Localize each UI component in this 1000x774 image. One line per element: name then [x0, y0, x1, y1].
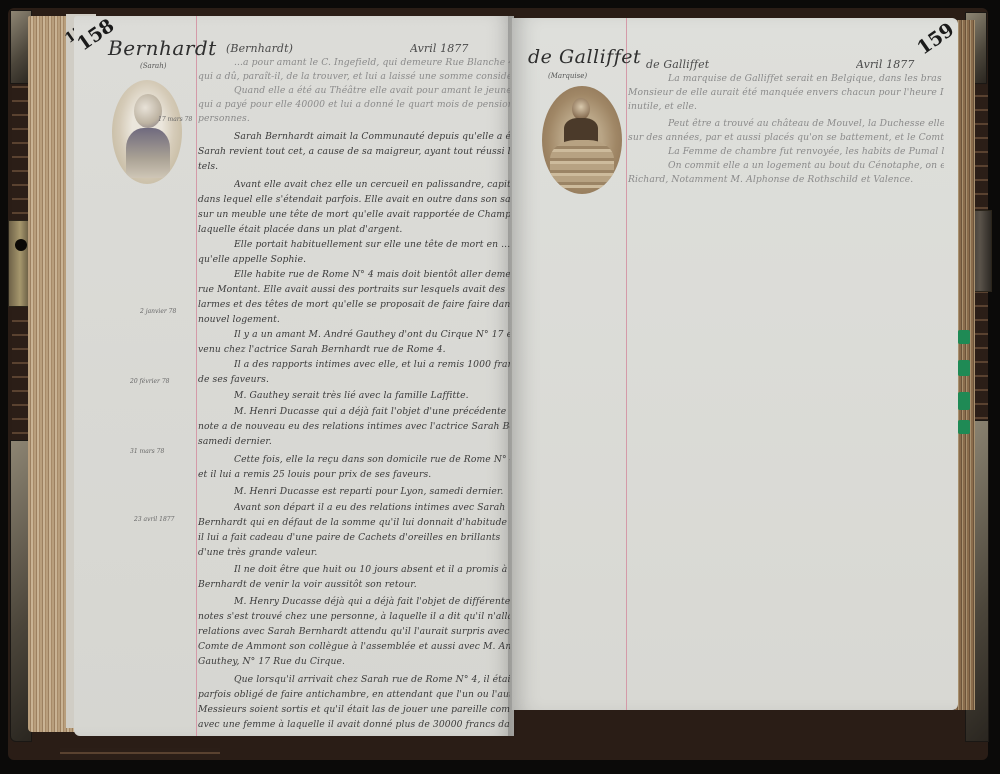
handwritten-line: note a de nouveau eu des relations intim… [198, 421, 510, 432]
handwritten-line: il lui a fait cadeau d'une paire de Cach… [198, 532, 510, 543]
handwritten-line: Peut être a trouvé au château de Mouvel,… [668, 118, 944, 129]
page-number: 159 [913, 19, 958, 60]
handwritten-line: inutile, et elle. [628, 101, 697, 112]
index-tab[interactable] [958, 420, 970, 434]
handwritten-line: avec une femme à laquelle il avait donné… [198, 719, 510, 730]
handwritten-line: On commit elle a un logement au bout du … [668, 160, 944, 171]
handwritten-line: dans lequel elle s'étendait parfois. Ell… [198, 194, 510, 205]
handwritten-line: Messieurs soient sortis et qu'il était l… [198, 704, 510, 715]
index-tab[interactable] [958, 392, 970, 410]
handwritten-line: personnes. [198, 113, 250, 124]
subject-subtitle: (Sarah) [140, 62, 166, 70]
margin-note: 31 mars 78 [130, 448, 164, 455]
index-tab[interactable] [958, 360, 970, 376]
handwritten-line: Elle portait habituellement sur elle une… [234, 239, 510, 250]
handwritten-line: notes s'est trouvé chez une personne, à … [198, 611, 510, 622]
handwritten-line: relations avec Sarah Bernhardt attendu q… [198, 626, 510, 637]
handwritten-line: M. Gauthey serait très lié avec la famil… [234, 390, 510, 401]
handwritten-line: Elle habite rue de Rome N° 4 mais doit b… [234, 269, 510, 280]
handwritten-line: parfois obligé de faire antichambre, en … [198, 689, 510, 700]
handwritten-line: venu chez l'actrice Sarah Bernhardt rue … [198, 344, 510, 355]
entry-date: Avril 1877 [410, 42, 469, 55]
handwritten-line: et il lui a remis 25 louis pour prix de … [198, 469, 510, 480]
handwritten-line: ...a pour amant le C. Ingefield, qui dem… [234, 57, 510, 68]
margin-note: 2 janvier 78 [140, 308, 176, 315]
handwritten-line: Que lorsqu'il arrivait chez Sarah rue de… [234, 674, 510, 685]
entry-name: de Galliffet [646, 58, 709, 71]
margin-note: 17 mars 78 [158, 116, 192, 123]
handwritten-line: Cette fois, elle la reçu dans son domici… [234, 454, 510, 465]
handwritten-line: M. Henri Ducasse est reparti pour Lyon, … [234, 486, 510, 497]
handwritten-line: d'une très grande valeur. [198, 547, 317, 558]
handwritten-line: La marquise de Galliffet serait en Belgi… [668, 73, 944, 84]
greek-key-ornament [60, 748, 220, 760]
margin-rule [626, 18, 627, 710]
handwritten-line: Il ne doit être que huit ou 10 jours abs… [234, 564, 510, 575]
handwritten-line: laquelle était placée dans un plat d'arg… [198, 224, 510, 235]
handwritten-line: M. Henry Ducasse déjà qui a déjà fait l'… [234, 596, 510, 607]
open-register-book: 157 158 Bernhardt (Sarah) 17 mars 78 2 j… [0, 0, 1000, 774]
handwritten-line: de ses faveurs. [198, 374, 269, 385]
handwritten-line: Avant elle avait chez elle un cercueil e… [234, 179, 510, 190]
seated-woman-photo [542, 86, 622, 194]
handwritten-line: rue Montant. Elle avait aussi des portra… [198, 284, 510, 295]
subject-subtitle: (Marquise) [548, 72, 587, 80]
handwritten-line: qu'elle appelle Sophie. [198, 254, 306, 265]
handwritten-line: larmes et des têtes de mort qu'elle se p… [198, 299, 510, 310]
handwritten-line: M. Henri Ducasse qui a déjà fait l'objet… [234, 406, 510, 417]
handwritten-line: Bernhardt qui en défaut de la somme qu'i… [198, 517, 510, 528]
handwritten-line: Avant son départ il a eu des relations i… [234, 502, 510, 513]
index-tab[interactable] [958, 330, 970, 344]
handwritten-line: Sarah Bernhardt aimait la Communauté dep… [234, 131, 510, 142]
handwritten-line: sur un meuble une tête de mort qu'elle a… [198, 209, 510, 220]
handwritten-line: Il a des rapports intimes avec elle, et … [234, 359, 510, 370]
left-page[interactable]: 158 Bernhardt (Sarah) 17 mars 78 2 janvi… [74, 16, 514, 736]
portrait-bust [126, 128, 170, 178]
handwritten-line: Gauthey, N° 17 Rue du Cirque. [198, 656, 345, 667]
right-page[interactable]: 159 de Galliffet (Marquise) de Galliffet… [512, 18, 958, 710]
entry-date: Avril 1877 [856, 58, 915, 71]
handwritten-line: Quand elle a été au Théâtre elle avait p… [234, 85, 510, 96]
handwritten-line: tels. [198, 161, 218, 172]
handwritten-line: qui a payé pour elle 40000 et lui a donn… [198, 99, 510, 110]
handwritten-line: Sarah revient tout cet, a cause de sa ma… [198, 146, 510, 157]
margin-note: 20 février 78 [130, 378, 169, 385]
entry-name: (Bernhardt) [226, 42, 293, 55]
clasp-hole [15, 239, 27, 251]
handwritten-line: La Femme de chambre fut renvoyée, les ha… [668, 146, 944, 157]
photo-head [572, 98, 590, 120]
subject-name: Bernhardt [108, 36, 217, 60]
handwritten-line: sur des années, par et aussi placés qu'o… [628, 132, 944, 143]
handwritten-line: Monsieur de elle aurait été manquée enve… [628, 87, 944, 98]
photo-skirt [550, 140, 614, 188]
handwritten-line: qui a dû, paraît-il, de la trouver, et l… [198, 71, 510, 82]
subject-name: de Galliffet [528, 46, 641, 68]
handwritten-line: Bernhardt de venir la voir aussitôt son … [198, 579, 510, 590]
portrait-photo [112, 80, 182, 184]
margin-note: 23 avril 1877 [134, 516, 174, 523]
handwritten-line: Richard, Notamment M. Alphonse de Rothsc… [628, 174, 944, 185]
handwritten-line: Comte de Ammont son collègue à l'assembl… [198, 641, 510, 652]
handwritten-line: Il y a un amant M. André Gauthey d'ont d… [234, 329, 510, 340]
margin-rule [196, 16, 197, 736]
handwritten-line: nouvel logement. [198, 314, 280, 325]
handwritten-line: samedi dernier. [198, 436, 272, 447]
